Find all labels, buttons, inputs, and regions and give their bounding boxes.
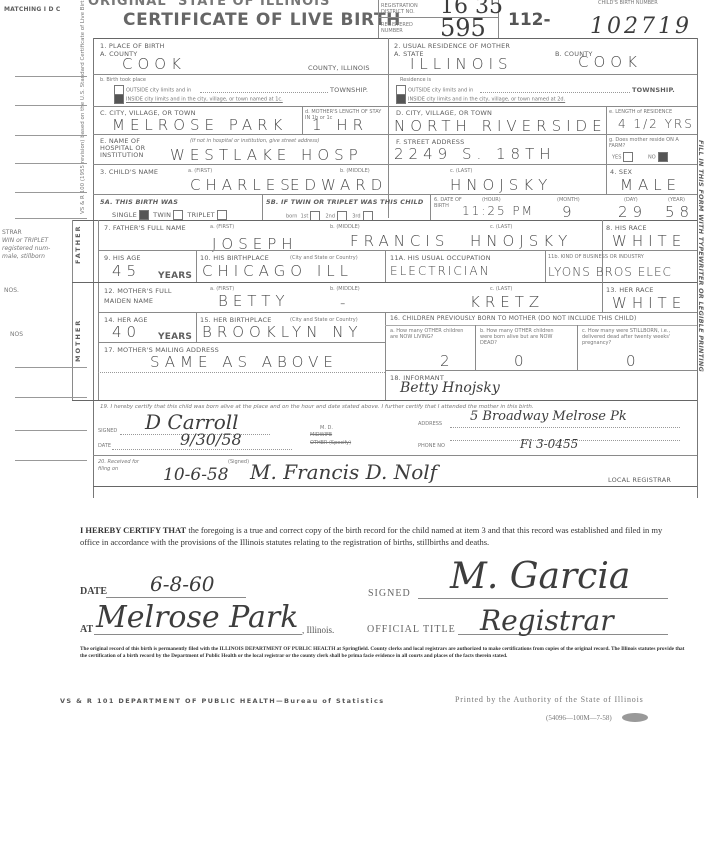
father-race-label: 8. HIS RACE: [606, 224, 647, 232]
fine-print: The original record of this birth is per…: [80, 646, 685, 659]
mother-residence-label: 2. USUAL RESIDENCE OF MOTHER: [394, 42, 510, 50]
residence-is-label: Residence is: [400, 77, 431, 83]
official-title-value: Registrar: [480, 604, 614, 637]
matching-idc-label: MATCHING I D C: [4, 6, 61, 13]
birth-year-value: 58: [665, 203, 694, 221]
sex-value: MALE: [620, 176, 681, 194]
children-living-value: 2: [440, 352, 455, 370]
mother-mailing-value: SAME AS ABOVE: [150, 353, 338, 371]
farm-yes-checkbox[interactable]: [623, 152, 633, 162]
birth-county-value: COOK: [122, 55, 186, 73]
single-checkbox[interactable]: [139, 210, 149, 220]
birth-took-place-label: b. Birth took place: [100, 77, 146, 83]
father-birthplace-value: CHICAGO ILL: [202, 262, 353, 280]
residence-city-value: NORTH RIVERSIDE: [394, 117, 607, 135]
margin-note-5: NOS.: [4, 287, 19, 294]
union-label-icon: [622, 713, 648, 722]
hospital-note: (If not in hospital or institution, give…: [190, 138, 319, 144]
margin-note-1: STRAR: [2, 229, 22, 236]
residence-inside-option[interactable]: INSIDE city limits and in the city, vill…: [394, 94, 565, 104]
residence-county-value: COOK: [578, 53, 642, 71]
farm-yes-option[interactable]: YES: [612, 152, 635, 162]
child-first-label: a. (FIRST): [188, 168, 212, 174]
childs-birth-number-label: CHILD'S BIRTH NUMBER: [598, 0, 658, 6]
certificate-prefix: 112-: [508, 10, 551, 30]
stillborn-value: 0: [626, 352, 641, 370]
children-dead-label: b. How many OTHER children were born ali…: [480, 328, 560, 346]
child-last-value: HNOJSKY: [450, 176, 552, 194]
local-registrar-label: LOCAL REGISTRAR: [608, 476, 671, 484]
birth-plurality-options: SINGLE TWIN TRIPLET: [112, 210, 229, 220]
this-birth-label: 5a. THIS BIRTH was: [100, 198, 178, 206]
mother-first-value: BETTY: [218, 292, 290, 310]
children-living-label: a. How many OTHER children are NOW LIVIN…: [390, 328, 470, 340]
child-middle-value: EDWARD: [290, 176, 387, 194]
father-name-label: 7. FATHER'S FULL NAME: [104, 224, 186, 232]
triplet-checkbox[interactable]: [217, 210, 227, 220]
official-title-label: OFFICIAL TITLE: [367, 624, 456, 635]
mother-name-label: 12. MOTHER'S FULL MAIDEN NAME: [104, 286, 184, 306]
father-birthplace-label: 10. HIS BIRTHPLACE: [200, 254, 269, 262]
mother-age-value: 40: [112, 323, 141, 341]
certification-location: Melrose Park: [96, 600, 298, 635]
father-business-label: 11b. KIND OF BUSINESS OR INDUSTRY: [548, 254, 644, 260]
father-race-value: WHITE: [612, 232, 686, 250]
other-label: OTHER (Specify): [310, 440, 351, 446]
father-first-label: a. (FIRST): [210, 224, 234, 230]
mother-age-years: YEARS: [158, 332, 192, 342]
form-version-vertical: VS & R 100 (1955 revision) based on the …: [80, 44, 86, 214]
certification-signature: M. Garcia: [450, 556, 630, 597]
children-dead-value: 0: [514, 352, 529, 370]
child-middle-label: b. (MIDDLE): [340, 168, 370, 174]
father-age-years: YEARS: [158, 271, 192, 281]
attendant-date-value: 9/30/58: [180, 430, 242, 449]
mother-birthplace-value: BROOKLYN NY: [202, 323, 363, 341]
mother-race-label: 13. HER RACE: [606, 286, 654, 294]
father-last-value: HNOJSKY: [470, 232, 572, 250]
certification-date-label: DATE: [80, 586, 107, 597]
child-last-label: c. (LAST): [450, 168, 472, 174]
reg-district-label: REGISTRATION DISTRICT NO.: [381, 3, 419, 15]
length-residence-label: e. LENGTH of RESIDENCE: [609, 109, 672, 115]
footer-authority: Printed by the Authority of the State of…: [455, 695, 644, 704]
twin-checkbox[interactable]: [173, 210, 183, 220]
birth-hour-label: (HOUR): [482, 197, 501, 203]
attendant-address-value: 5 Broadway Melrose Pk: [470, 410, 660, 424]
original-label: ORIGINAL: [88, 0, 167, 9]
certification-date-value: 6-8-60: [150, 572, 214, 596]
birth-inside-option[interactable]: INSIDE city limits and in the city, vill…: [112, 94, 283, 104]
father-birthplace-note: (City and State or Country): [290, 255, 358, 261]
inside-checkbox[interactable]: [114, 94, 124, 104]
sex-label: 4. SEX: [610, 168, 632, 176]
certification-signed-label: SIGNED: [368, 588, 411, 599]
county-illinois-label: COUNTY, ILLINOIS: [308, 64, 370, 72]
father-business-value: LYONS BROS ELEC: [548, 265, 672, 279]
mother-section-label: MOTHER: [74, 319, 82, 362]
street-address-value: 2249 S. 18TH: [394, 145, 556, 163]
children-previously-born-label: 16. CHILDREN PREVIOUSLY BORN TO MOTHER (…: [390, 315, 636, 322]
footer-print-code: (54096—100M—7-58): [546, 714, 612, 722]
received-filing-label: 20. Received for filing on: [98, 459, 146, 473]
attendant-phone-label: PHONE NO: [418, 443, 445, 449]
hospital-label: e. NAME OF HOSPITAL OR INSTITUTION: [100, 138, 160, 159]
residence-city-label: d. CITY, VILLAGE, OR TOWN: [396, 109, 492, 117]
father-section-label: FATHER: [74, 224, 82, 264]
date-of-birth-label: 6. DATE OF BIRTH: [434, 197, 464, 209]
mother-last-label: c. (LAST): [490, 286, 512, 292]
childs-name-label: 3. CHILD'S NAME: [100, 168, 158, 176]
hospital-value: WESTLAKE HOSP: [170, 146, 363, 164]
fill-instructions-vertical: FILL IN THIS FORM WITH TYPEWRITER OR LEG…: [697, 140, 705, 372]
midwife-label: MIDWIFE: [310, 432, 332, 438]
mothers-stay-value: 1 HR: [312, 116, 368, 134]
residence-state-value: ILLINOIS: [410, 55, 513, 73]
child-first-value: CHARLES: [190, 176, 295, 194]
birth-hour-value: 11:25 PM: [462, 204, 534, 218]
birth-month-value: 9: [562, 203, 577, 221]
father-middle-label: b. (MIDDLE): [330, 224, 360, 230]
page-title: CERTIFICATE OF LIVE BIRTH: [123, 10, 401, 30]
father-last-label: c. (LAST): [490, 224, 512, 230]
childs-birth-number-value: 102719: [590, 14, 692, 39]
margin-note-4: male, stillborn: [2, 253, 45, 260]
stillborn-label: c. How many were STILLBORN, i.e., delive…: [582, 328, 682, 346]
father-age-value: 45: [112, 262, 141, 280]
margin-note-3: registered num-: [2, 245, 50, 252]
father-age-label: 9. HIS AGE: [104, 254, 141, 262]
footer-department: VS & R 101 DEPARTMENT OF PUBLIC HEALTH—B…: [60, 697, 384, 705]
informant-signature: Betty Hnojsky: [400, 380, 500, 396]
mother-middle-value: -: [340, 294, 350, 312]
mother-last-value: KRETZ: [470, 293, 544, 311]
attendant-date-label: DATE: [98, 443, 111, 449]
twin-order-label: 5b. IF TWIN OR TRIPLET was this child: [266, 198, 423, 206]
residence-inside-checkbox[interactable]: [396, 94, 406, 104]
certification-at-label: AT: [80, 624, 93, 635]
birth-township-label: TOWNSHIP.: [330, 86, 368, 94]
father-occupation-value: ELECTRICIAN: [390, 264, 491, 278]
father-occupation-label: 11a. HIS USUAL OCCUPATION: [390, 254, 491, 262]
on-farm-label: g. Does mother reside ON A FARM?: [609, 137, 689, 149]
father-middle-value: FRANCIS: [350, 232, 449, 250]
birth-city-value: MELROSE PARK: [112, 116, 287, 134]
registered-number-label: REGISTERED NUMBER: [381, 22, 415, 34]
state-label: STATE OF ILLINOIS: [178, 0, 330, 9]
mother-race-value: WHITE: [612, 294, 686, 312]
farm-no-checkbox[interactable]: [658, 152, 668, 162]
registrar-signed-label: (Signed): [228, 459, 249, 465]
mother-middle-label: b. (MIDDLE): [330, 286, 360, 292]
md-label: M. D.: [320, 425, 333, 431]
birth-day-value: 29: [618, 203, 647, 221]
received-filing-date: 10-6-58: [163, 465, 229, 485]
place-of-birth-label: 1. PLACE OF BIRTH: [100, 42, 165, 50]
attendant-phone-value: Fi 3-0455: [520, 437, 578, 451]
local-registrar-signature: M. Francis D. Nolf: [250, 460, 437, 484]
attendant-address-label: ADDRESS: [418, 421, 442, 427]
attendant-signed-label: SIGNED: [98, 428, 117, 434]
illinois-label: , Illinois.: [302, 625, 334, 635]
margin-note-6: NOS: [10, 331, 23, 338]
residence-township-label: TOWNSHIP.: [632, 86, 675, 94]
farm-no-option[interactable]: NO: [648, 152, 670, 162]
margin-note-2: WIN or TRIPLET: [2, 237, 48, 244]
certification-statement: I HEREBY CERTIFY THAT the foregoing is a…: [80, 524, 680, 548]
length-residence-value: 4 1/2 YRS: [618, 117, 694, 131]
